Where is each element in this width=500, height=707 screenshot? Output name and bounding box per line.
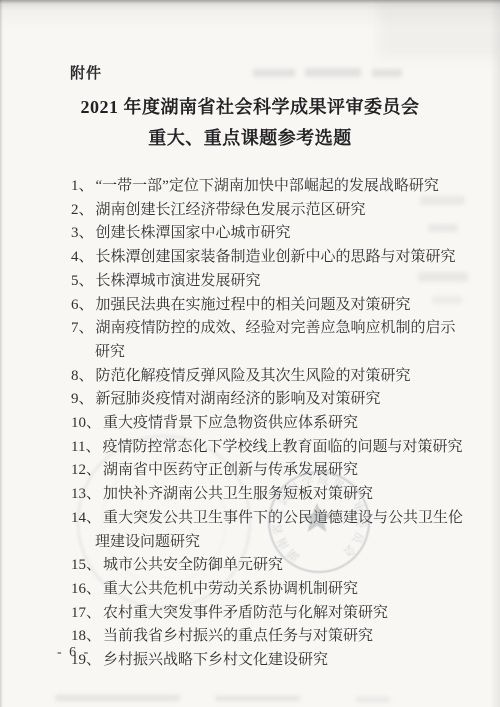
topic-number: 2、 bbox=[71, 202, 94, 218]
topic-text: 防范化解疫情反弹风险及其次生风险的对策研究 bbox=[96, 368, 411, 384]
topic-item-6: 6、加强民法典在实施过程中的相关问题及对策研究 bbox=[71, 294, 465, 318]
topic-number: 4、 bbox=[71, 249, 94, 265]
attachment-label: 附件 bbox=[70, 62, 102, 83]
scan-corner-shade bbox=[378, 0, 500, 58]
bleed-through-mark bbox=[356, 697, 390, 702]
topic-item-2: 2、湖南创建长江经济带绿色发展示范区研究 bbox=[71, 199, 465, 223]
bleed-through-mark bbox=[253, 69, 295, 77]
topic-item-18: 18、当前我省乡村振兴的重点任务与对策研究 bbox=[71, 625, 465, 649]
bleed-through-mark bbox=[215, 696, 300, 701]
bleed-through-mark bbox=[420, 196, 465, 205]
bleed-through-mark bbox=[55, 695, 180, 701]
topic-text: 当前我省乡村振兴的重点任务与对策研究 bbox=[103, 628, 373, 644]
topic-text: 加强民法典在实施过程中的相关问题及对策研究 bbox=[96, 297, 411, 313]
topic-item-7: 7、湖南疫情防控的成效、经验对完善应急响应机制的启示研究 bbox=[71, 317, 465, 364]
topic-item-5: 5、长株潭城市演进发展研究 bbox=[71, 270, 465, 294]
topic-item-3: 3、创建长株潭国家中心城市研究 bbox=[71, 222, 465, 246]
bleed-through-mark bbox=[428, 224, 458, 232]
bleed-through-mark bbox=[432, 296, 462, 304]
document-title-line1: 2021 年度湖南省社会科学成果评审委员会 bbox=[0, 92, 500, 123]
official-seal-stamp: 湖南省社会科学成果评审委员会 bbox=[256, 459, 386, 589]
topic-number: 6、 bbox=[71, 297, 94, 313]
topic-item-19: 19、乡村振兴战略下乡村文化建设研究 bbox=[71, 649, 465, 673]
document-title: 2021 年度湖南省社会科学成果评审委员会 重大、重点课题参考选题 bbox=[0, 92, 500, 154]
topic-item-4: 4、长株潭创建国家装备制造业创新中心的思路与对策研究 bbox=[71, 246, 465, 270]
topic-text: 创建长株潭国家中心城市研究 bbox=[96, 225, 291, 241]
page-number: - 6 - bbox=[57, 645, 90, 661]
topic-text: 湖南创建长江经济带绿色发展示范区研究 bbox=[96, 202, 366, 218]
topic-text: “一带一部”定位下湖南加快中部崛起的发展战略研究 bbox=[96, 178, 439, 194]
bleed-through-mark bbox=[305, 68, 361, 77]
topic-number: 8、 bbox=[71, 368, 94, 384]
topic-number: 1、 bbox=[71, 178, 94, 194]
bleed-through-mark bbox=[372, 69, 402, 77]
topic-text: 长株潭创建国家装备制造业创新中心的思路与对策研究 bbox=[96, 249, 456, 265]
topic-number: 9、 bbox=[71, 391, 94, 407]
seal-star-icon bbox=[302, 503, 332, 532]
topic-item-9: 9、新冠肺炎疫情对湖南经济的影响及对策研究 bbox=[71, 388, 465, 412]
document-title-line2: 重大、重点课题参考选题 bbox=[0, 123, 500, 154]
bleed-through-mark bbox=[418, 272, 468, 282]
ghost-seal-stamp bbox=[66, 424, 266, 624]
scanned-document-page: 附件 2021 年度湖南省社会科学成果评审委员会 重大、重点课题参考选题 1、“… bbox=[0, 0, 500, 707]
topic-text: 乡村振兴战略下乡村文化建设研究 bbox=[103, 652, 328, 668]
topic-number: 18、 bbox=[71, 628, 101, 644]
topic-text: 湖南疫情防控的成效、经验对完善应急响应机制的启示研究 bbox=[95, 320, 456, 360]
topic-item-8: 8、防范化解疫情反弹风险及其次生风险的对策研究 bbox=[71, 365, 465, 389]
topic-text: 新冠肺炎疫情对湖南经济的影响及对策研究 bbox=[96, 391, 381, 407]
topic-number: 7、 bbox=[71, 320, 94, 336]
topic-item-1: 1、“一带一部”定位下湖南加快中部崛起的发展战略研究 bbox=[71, 175, 465, 199]
topic-text: 长株潭城市演进发展研究 bbox=[96, 273, 261, 289]
topic-number: 3、 bbox=[71, 225, 94, 241]
topic-number: 5、 bbox=[71, 273, 94, 289]
